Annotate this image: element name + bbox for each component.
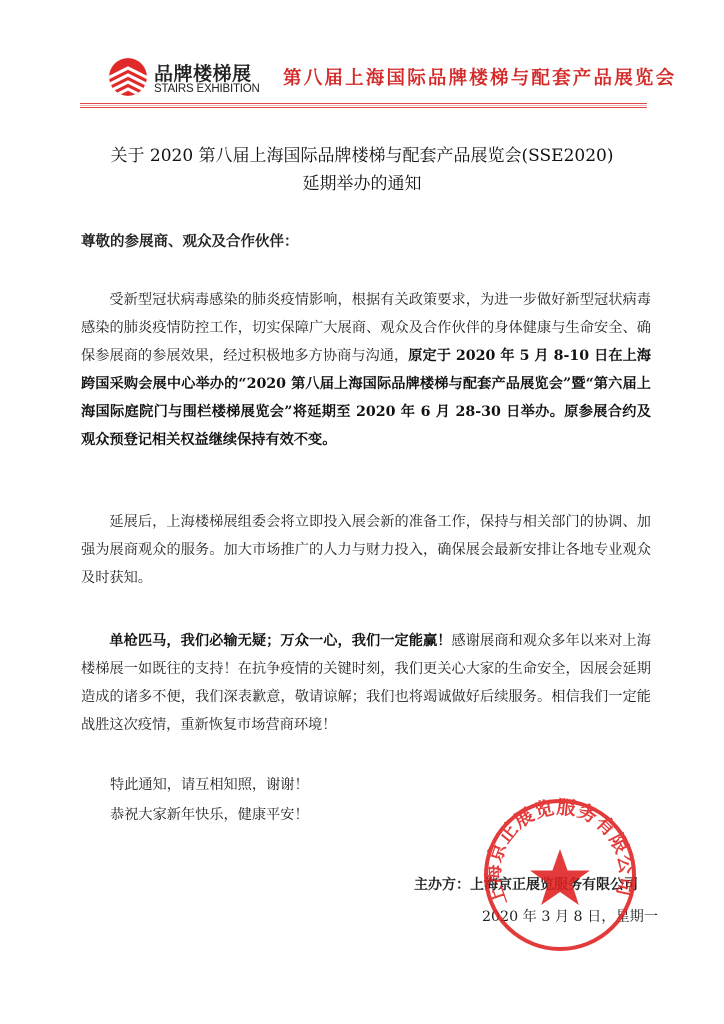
paragraph-postponement: 受新型冠状病毒感染的肺炎疫情影响，根据有关政策要求，为进一步做好新型冠状病毒感染… [81,286,651,454]
salutation: 尊敬的参展商、观众及合作伙伴： [81,230,299,251]
document-title-line2: 延期举办的通知 [0,169,724,194]
exhibition-logo: 品牌楼梯展 STAIRS EXHIBITION [108,57,268,99]
organizer-signature: 主办方：上海京正展览服务有限公司 [414,874,638,894]
document-title-line1: 关于 2020 第八届上海国际品牌楼梯与配套产品展览会(SSE2020) [0,141,724,166]
paragraph-appreciation: 单枪匹马，我们必输无疑；万众一心，我们一定能赢！感谢展商和观众多年以来对上海楼梯… [81,627,651,739]
closing-line-1: 特此通知，请互相知照，谢谢！ [110,774,309,794]
logo-name-cn: 品牌楼梯展 [154,59,252,86]
header-divider [80,103,647,108]
stairs-chevron-logo-icon [108,57,148,97]
signature-date: 2020 年 3 月 8 日，星期一 [482,906,658,926]
paragraph-preparation: 延展后，上海楼梯展组委会将立即投入展会新的准备工作，保持与相关部门的协调、加强为… [81,508,651,592]
logo-name-en: STAIRS EXHIBITION [154,83,260,95]
paragraph-text: 延展后，上海楼梯展组委会将立即投入展会新的准备工作，保持与相关部门的协调、加强为… [81,514,651,586]
paragraph-bold-text: 单枪匹马，我们必输无疑；万众一心，我们一定能赢！ [109,633,451,649]
event-title-banner: 第八届上海国际品牌楼梯与配套产品展览会 [283,64,676,90]
closing-line-2: 恭祝大家新年快乐，健康平安！ [110,804,309,824]
